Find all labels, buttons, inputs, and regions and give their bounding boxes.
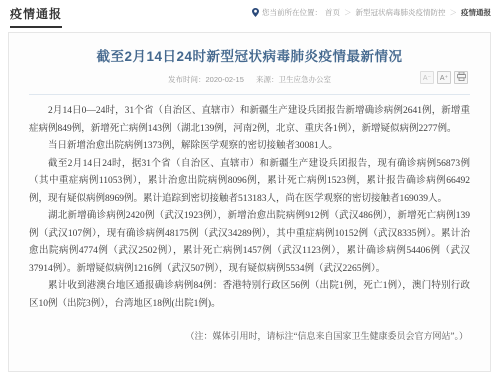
printer-icon xyxy=(457,72,466,83)
location-pin-icon xyxy=(252,8,259,17)
source-value: 卫生应急办公室 xyxy=(278,75,331,84)
citation-note: （注：媒体引用时，请标注“信息来自国家卫生健康委员会官方网站”。） xyxy=(29,329,470,342)
article-container: 截至2月14日24时新型冠状病毒肺炎疫情最新情况 发布时间：2020-02-15… xyxy=(8,32,491,360)
breadcrumb-item-home[interactable]: 首页 xyxy=(325,7,340,18)
breadcrumb-item-epidemic-control[interactable]: 新型冠状病毒肺炎疫情防控 xyxy=(356,7,446,18)
breadcrumb-separator: ＞ xyxy=(450,7,458,18)
paragraph-national-new-cases: 2月14日0—24时，31个省（自治区、直辖市）和新疆生产建设兵团报告新增确诊病… xyxy=(29,103,470,138)
paragraph-daily-recovered: 当日新增治愈出院病例1373例，解除医学观察的密切接触者30081人。 xyxy=(29,138,470,156)
article-meta-row: 发布时间：2020-02-15 来源：卫生应急办公室 A⁻ A⁺ xyxy=(29,74,470,95)
article-toolbar: A⁻ A⁺ xyxy=(420,71,468,84)
article-body: 2月14日0—24时，31个省（自治区、直辖市）和新疆生产建设兵团报告新增确诊病… xyxy=(29,103,470,313)
breadcrumb-separator: ＞ xyxy=(344,7,352,18)
top-bar: 疫情通报 您当前所在位置： 首页 ＞ 新型冠状病毒肺炎疫情防控 ＞ 疫情通报 xyxy=(0,0,499,30)
breadcrumb: 您当前所在位置： 首页 ＞ 新型冠状病毒肺炎疫情防控 ＞ 疫情通报 xyxy=(252,7,491,18)
source-label: 来源： xyxy=(256,75,279,84)
font-smaller-button[interactable]: A⁻ xyxy=(420,71,434,84)
font-larger-button[interactable]: A⁺ xyxy=(437,71,451,84)
paragraph-hk-macao-taiwan: 累计收到港澳台地区通报确诊病例84例：香港特别行政区56例（出院1例，死亡1例）… xyxy=(29,278,470,313)
breadcrumb-prefix: 您当前所在位置： xyxy=(262,7,322,18)
publish-time-label: 发布时间： xyxy=(168,75,206,84)
breadcrumb-item-current: 疫情通报 xyxy=(461,7,491,18)
paragraph-cumulative-national: 截至2月14日24时，据31个省（自治区、直辖市）和新疆生产建设兵团报告，现有确… xyxy=(29,156,470,209)
article-title: 截至2月14日24时新型冠状病毒肺炎疫情最新情况 xyxy=(29,45,470,65)
publish-time-value: 2020-02-15 xyxy=(206,75,244,84)
print-button[interactable] xyxy=(454,71,468,84)
section-title: 疫情通报 xyxy=(10,5,62,28)
paragraph-hubei-detail: 湖北新增确诊病例2420例（武汉1923例），新增治愈出院病例912例（武汉48… xyxy=(29,208,470,278)
